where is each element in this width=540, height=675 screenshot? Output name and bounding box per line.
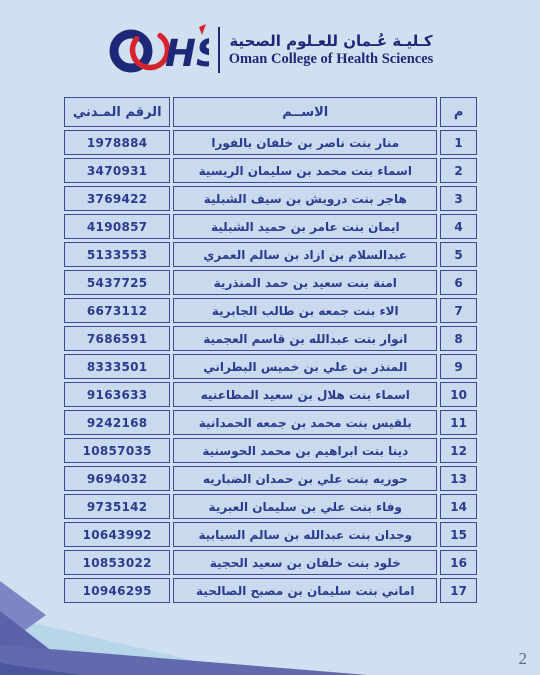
row-civil-id: 10853022 [64, 550, 170, 575]
row-name: انوار بنت عبدالله بن قاسم العجمية [173, 326, 437, 351]
header-civil-id: الرقم المـدني [64, 97, 170, 127]
row-name: امنة بنت سعيد بن حمد المنذرية [173, 270, 437, 295]
row-index: 4 [440, 214, 477, 239]
row-civil-id: 9735142 [64, 494, 170, 519]
row-index: 15 [440, 522, 477, 547]
row-index: 9 [440, 354, 477, 379]
row-civil-id: 9694032 [64, 466, 170, 491]
row-name: هاجر بنت درويش بن سيف الشبلية [173, 186, 437, 211]
row-name: اسماء بنت محمد بن سليمان الريسية [173, 158, 437, 183]
row-name: اسماء بنت هلال بن سعيد المطاعنيه [173, 382, 437, 407]
header-index: م [440, 97, 477, 127]
row-civil-id: 8333501 [64, 354, 170, 379]
row-index: 7 [440, 298, 477, 323]
row-name: خلود بنت خلفان بن سعيد الحجية [173, 550, 437, 575]
student-roster-table: م الاســم الرقم المـدني 1 منار بنت ناصر … [61, 94, 480, 606]
student-roster-table-wrap: م الاســم الرقم المـدني 1 منار بنت ناصر … [61, 94, 480, 606]
table-row: 10 اسماء بنت هلال بن سعيد المطاعنيه 9163… [64, 382, 477, 407]
row-civil-id: 1978884 [64, 130, 170, 155]
row-index: 17 [440, 578, 477, 603]
row-civil-id: 3470931 [64, 158, 170, 183]
college-logo-header: HS كـليـة عُـمان للعـلوم الصحية Oman Col… [0, 16, 540, 84]
row-civil-id: 5133553 [64, 242, 170, 267]
row-name: منار بنت ناصر بن خلفان بالفورا [173, 130, 437, 155]
row-index: 6 [440, 270, 477, 295]
table-row: 7 الاء بنت جمعه بن طالب الجابرية 6673112 [64, 298, 477, 323]
table-row: 13 حوريه بنت علي بن حمدان الضباريه 96940… [64, 466, 477, 491]
student-table-body: 1 منار بنت ناصر بن خلفان بالفورا 1978884… [64, 130, 477, 603]
table-row: 5 عبدالسلام بن ازاد بن سالم العمري 51335… [64, 242, 477, 267]
row-name: الاء بنت جمعه بن طالب الجابرية [173, 298, 437, 323]
table-row: 14 وفاء بنت علي بن سليمان العبرية 973514… [64, 494, 477, 519]
row-index: 2 [440, 158, 477, 183]
ochs-logo-icon: HS [107, 19, 209, 81]
document-page: HS كـليـة عُـمان للعـلوم الصحية Oman Col… [0, 0, 540, 675]
college-name-english: Oman College of Health Sciences [229, 50, 434, 68]
row-name: ايمان بنت عامر بن حميد الشبلية [173, 214, 437, 239]
table-row: 12 دينا بنت ابراهيم بن محمد الحوسنية 108… [64, 438, 477, 463]
row-civil-id: 3769422 [64, 186, 170, 211]
row-civil-id: 6673112 [64, 298, 170, 323]
row-name: وفاء بنت علي بن سليمان العبرية [173, 494, 437, 519]
row-civil-id: 5437725 [64, 270, 170, 295]
row-name: اماني بنت سليمان بن مصبح الصالحية [173, 578, 437, 603]
logo-divider [218, 27, 220, 73]
row-civil-id: 10643992 [64, 522, 170, 547]
row-index: 5 [440, 242, 477, 267]
table-row: 11 بلقيس بنت محمد بن جمعه الحمدانية 9242… [64, 410, 477, 435]
table-row: 4 ايمان بنت عامر بن حميد الشبلية 4190857 [64, 214, 477, 239]
row-index: 14 [440, 494, 477, 519]
table-row: 2 اسماء بنت محمد بن سليمان الريسية 34709… [64, 158, 477, 183]
row-index: 16 [440, 550, 477, 575]
row-name: دينا بنت ابراهيم بن محمد الحوسنية [173, 438, 437, 463]
logo-letters: HS [165, 32, 209, 75]
row-name: عبدالسلام بن ازاد بن سالم العمري [173, 242, 437, 267]
row-index: 12 [440, 438, 477, 463]
row-name: وجدان بنت عبدالله بن سالم السيابية [173, 522, 437, 547]
row-civil-id: 9242168 [64, 410, 170, 435]
row-civil-id: 10946295 [64, 578, 170, 603]
row-index: 13 [440, 466, 477, 491]
header-name: الاســم [173, 97, 437, 127]
table-row: 8 انوار بنت عبدالله بن قاسم العجمية 7686… [64, 326, 477, 351]
table-row: 1 منار بنت ناصر بن خلفان بالفورا 1978884 [64, 130, 477, 155]
row-civil-id: 7686591 [64, 326, 170, 351]
row-index: 11 [440, 410, 477, 435]
row-civil-id: 9163633 [64, 382, 170, 407]
row-index: 10 [440, 382, 477, 407]
row-name: المنذر بن علي بن خميس البطراني [173, 354, 437, 379]
table-row: 9 المنذر بن علي بن خميس البطراني 8333501 [64, 354, 477, 379]
table-row: 16 خلود بنت خلفان بن سعيد الحجية 1085302… [64, 550, 477, 575]
table-row: 15 وجدان بنت عبدالله بن سالم السيابية 10… [64, 522, 477, 547]
table-row: 6 امنة بنت سعيد بن حمد المنذرية 5437725 [64, 270, 477, 295]
page-number: 2 [519, 649, 528, 669]
table-header-row: م الاســم الرقم المـدني [64, 97, 477, 127]
row-index: 8 [440, 326, 477, 351]
row-name: حوريه بنت علي بن حمدان الضباريه [173, 466, 437, 491]
row-name: بلقيس بنت محمد بن جمعه الحمدانية [173, 410, 437, 435]
table-row: 17 اماني بنت سليمان بن مصبح الصالحية 109… [64, 578, 477, 603]
row-civil-id: 10857035 [64, 438, 170, 463]
college-name-arabic: كـليـة عُـمان للعـلوم الصحية [229, 32, 432, 51]
row-index: 1 [440, 130, 477, 155]
logo-text-block: كـليـة عُـمان للعـلوم الصحية Oman Colleg… [229, 32, 434, 69]
row-index: 3 [440, 186, 477, 211]
row-civil-id: 4190857 [64, 214, 170, 239]
table-row: 3 هاجر بنت درويش بن سيف الشبلية 3769422 [64, 186, 477, 211]
